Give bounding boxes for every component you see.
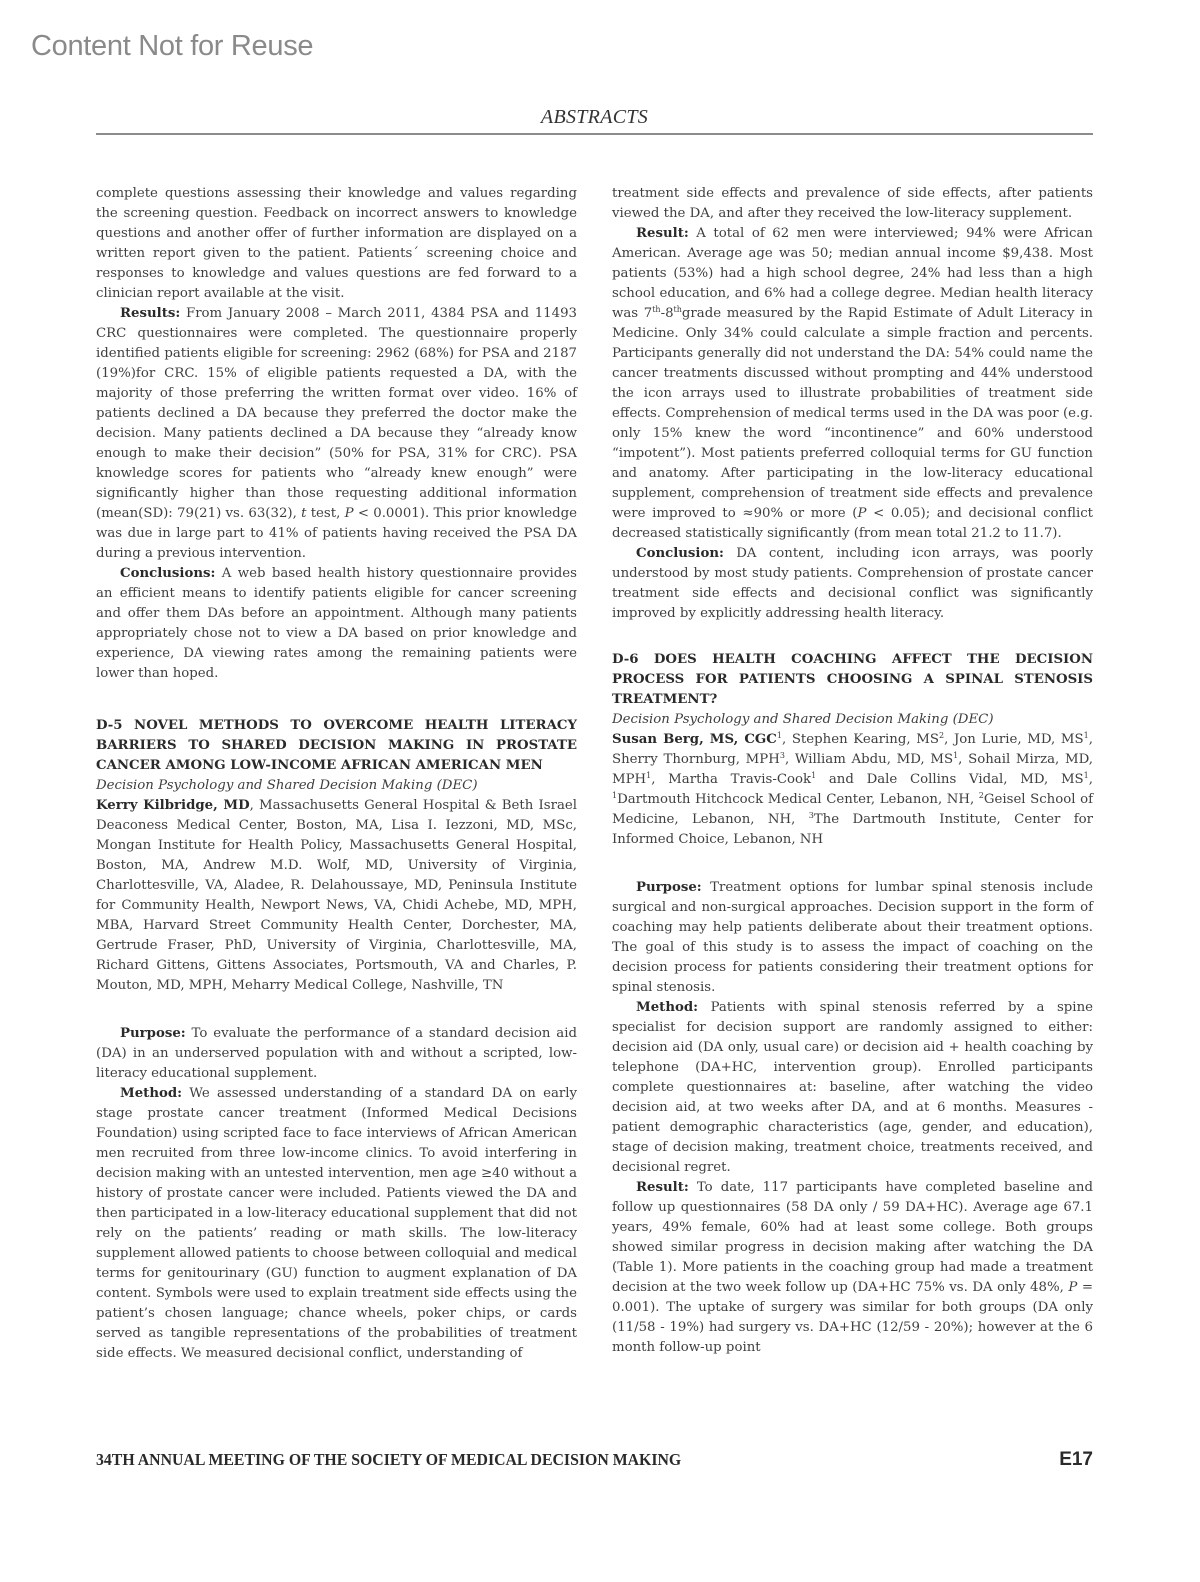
header-rule (96, 133, 1093, 135)
conclusion-paragraph-d5: Conclusion: DA content, including icon a… (612, 544, 1093, 624)
result-paragraph-d5: Result: A total of 62 men were interview… (612, 224, 1093, 544)
left-column: complete questions assessing their knowl… (96, 184, 577, 1364)
footer-journal-title: 34TH ANNUAL MEETING OF THE SOCIETY OF ME… (96, 1450, 681, 1470)
abstract-category-d6: Decision Psychology and Shared Decision … (612, 710, 1093, 730)
lead-author: Susan Berg, MS, CGC (612, 732, 777, 747)
abstract-title-d6: D-6 DOES HEALTH COACHING AFFECT THE DECI… (612, 650, 1093, 710)
running-head: ABSTRACTS (96, 106, 1093, 129)
results-paragraph: Results: From January 2008 – March 2011,… (96, 304, 577, 564)
watermark: Content Not for Reuse (31, 30, 313, 63)
results-label: Results: (120, 306, 180, 321)
method-paragraph-d6: Method: Patients with spinal stenosis re… (612, 998, 1093, 1178)
continuation-paragraph: complete questions assessing their knowl… (96, 184, 577, 304)
continuation-paragraph: treatment side effects and prevalence of… (612, 184, 1093, 224)
right-column: treatment side effects and prevalence of… (612, 184, 1093, 1358)
purpose-paragraph-d6: Purpose: Treatment options for lumbar sp… (612, 878, 1093, 998)
conclusions-label: Conclusions: (120, 566, 215, 581)
author-list-d5: Kerry Kilbridge, MD, Massachusetts Gener… (96, 796, 577, 996)
method-paragraph-d5: Method: We assessed understanding of a s… (96, 1084, 577, 1364)
author-list-d6: Susan Berg, MS, CGC1, Stephen Kearing, M… (612, 730, 1093, 850)
abstract-title-d5: D-5 NOVEL METHODS TO OVERCOME HEALTH LIT… (96, 716, 577, 776)
abstract-category-d5: Decision Psychology and Shared Decision … (96, 776, 577, 796)
conclusions-paragraph: Conclusions: A web based health history … (96, 564, 577, 684)
purpose-paragraph-d5: Purpose: To evaluate the performance of … (96, 1024, 577, 1084)
page-number: E17 (1059, 1449, 1093, 1471)
result-paragraph-d6: Result: To date, 117 participants have c… (612, 1178, 1093, 1358)
lead-author: Kerry Kilbridge, MD (96, 798, 250, 813)
